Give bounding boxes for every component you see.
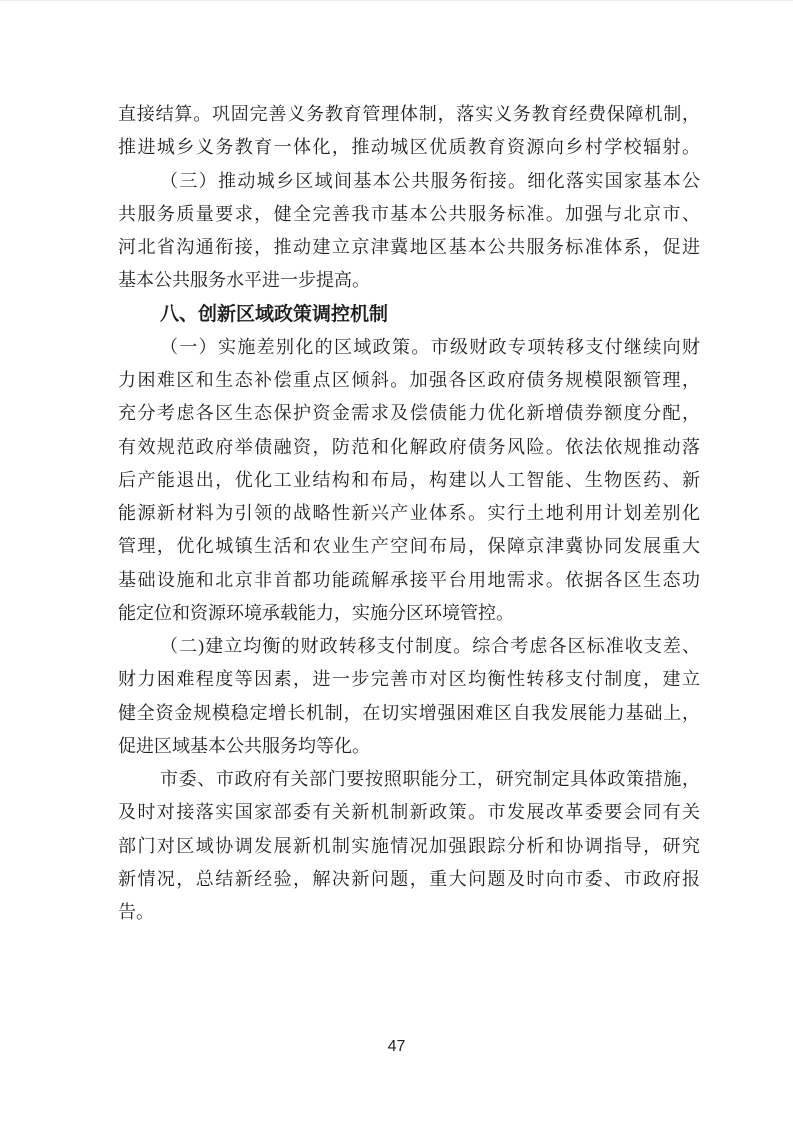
text-block: 直接结算。巩固完善义务教育管理体制，落实义务教育经费保障机制，推进城乡义务教育一… xyxy=(118,98,700,929)
page-number: 47 xyxy=(0,1037,793,1057)
text-line: （二)建立均衡的财政转移支付制度。综合考虑各区标准收支差、 xyxy=(118,630,700,663)
text-line: 能定位和资源环境承载能力，实施分区环境管控。 xyxy=(118,597,700,630)
text-line: 能源新材料为引领的战略性新兴产业体系。实行土地利用计划差别化 xyxy=(118,497,700,530)
text-line: 河北省沟通衔接，推动建立京津冀地区基本公共服务标准体系，促进 xyxy=(118,231,700,264)
text-line: （三）推动城乡区域间基本公共服务衔接。细化落实国家基本公 xyxy=(118,165,700,198)
text-line: 推进城乡义务教育一体化，推动城区优质教育资源向乡村学校辐射。 xyxy=(118,131,700,164)
document-page: 直接结算。巩固完善义务教育管理体制，落实义务教育经费保障机制，推进城乡义务教育一… xyxy=(0,0,793,1122)
text-line: 有效规范政府举债融资，防范和化解政府债务风险。依法依规推动落 xyxy=(118,431,700,464)
text-line: 共服务质量要求，健全完善我市基本公共服务标准。加强与北京市、 xyxy=(118,198,700,231)
text-line: 后产能退出，优化工业结构和布局，构建以人工智能、生物医药、新 xyxy=(118,464,700,497)
text-line: 市委、市政府有关部门要按照职能分工，研究制定具体政策措施， xyxy=(118,763,700,796)
text-line: 直接结算。巩固完善义务教育管理体制，落实义务教育经费保障机制， xyxy=(118,98,700,131)
text-line: 及时对接落实国家部委有关新机制新政策。市发展改革委要会同有关 xyxy=(118,796,700,829)
text-line: 力困难区和生态补偿重点区倾斜。加强各区政府债务规模限额管理， xyxy=(118,364,700,397)
text-line: 充分考虑各区生态保护资金需求及偿债能力优化新增债券额度分配， xyxy=(118,397,700,430)
section-heading: 八、创新区域政策调控机制 xyxy=(118,298,700,331)
text-line: 管理，优化城镇生活和农业生产空间布局，保障京津冀协同发展重大 xyxy=(118,530,700,563)
text-line: 新情况，总结新经验，解决新问题，重大问题及时向市委、市政府报 xyxy=(118,863,700,896)
text-line: 财力困难程度等因素，进一步完善市对区均衡性转移支付制度，建立 xyxy=(118,663,700,696)
text-line: 基本公共服务水平进一步提高。 xyxy=(118,264,700,297)
text-line: 健全资金规模稳定增长机制，在切实增强困难区自我发展能力基础上， xyxy=(118,697,700,730)
text-line: 基础设施和北京非首都功能疏解承接平台用地需求。依据各区生态功 xyxy=(118,564,700,597)
text-line: 告。 xyxy=(118,896,700,929)
text-line: 促进区域基本公共服务均等化。 xyxy=(118,730,700,763)
text-line: 部门对区域协调发展新机制实施情况加强跟踪分析和协调指导，研究 xyxy=(118,830,700,863)
text-line: （一）实施差别化的区域政策。市级财政专项转移支付继续向财 xyxy=(118,331,700,364)
